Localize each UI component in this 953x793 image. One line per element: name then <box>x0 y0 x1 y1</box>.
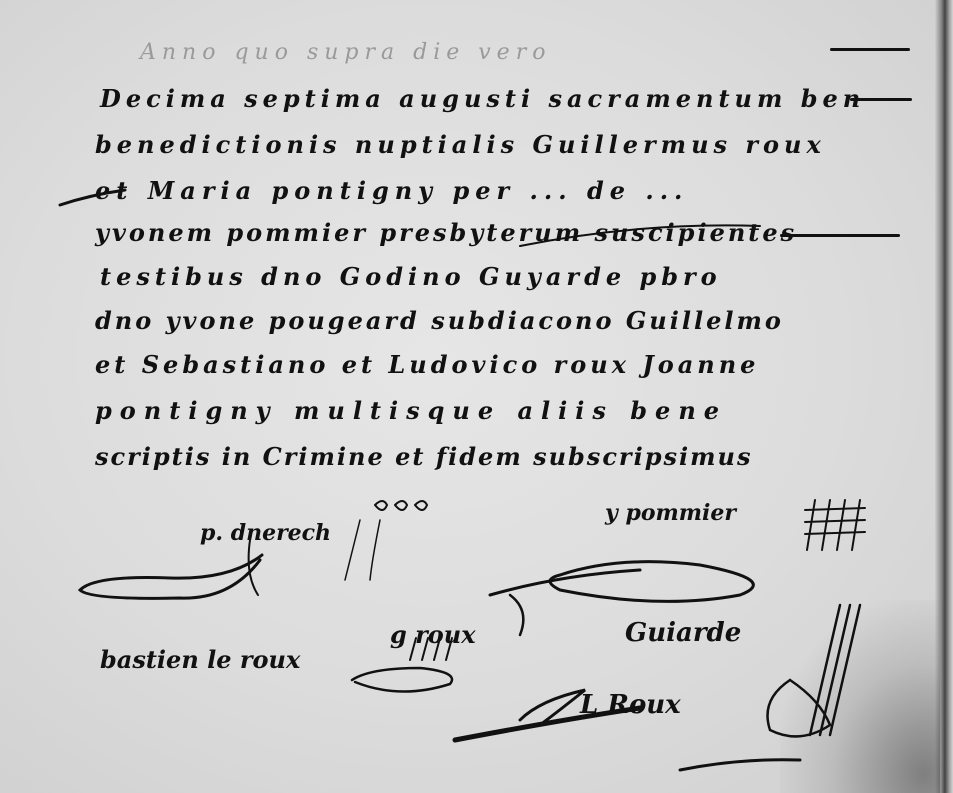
body-line-1: Decima septima augusti sacramentum ben <box>100 84 865 113</box>
line-rule-4 <box>780 234 900 237</box>
body-line-7: et Sebastiano et Ludovico roux Joanne <box>95 350 759 379</box>
signature-6: L Roux <box>580 690 681 720</box>
paper-stain <box>780 600 940 793</box>
body-line-6: dno yvone pougeard subdiacono Guillelmo <box>95 306 784 335</box>
signature-4: Guiarde <box>625 618 741 648</box>
body-line-4: yvonem pommier presbyterum suscipientes <box>95 218 797 247</box>
body-line-2: benedictionis nuptialis Guillermus roux <box>95 130 826 159</box>
header-rule <box>830 48 910 51</box>
faint-header-line: Anno quo supra die vero <box>140 40 551 65</box>
body-line-8: pontigny multisque aliis bene <box>95 396 727 425</box>
signature-3: g roux <box>390 620 476 649</box>
signature-1: p. dnerech <box>200 520 331 546</box>
manuscript-page: Anno quo supra die vero Decima septima a… <box>0 0 953 793</box>
body-line-9: scriptis in Crimine et fidem subscripsim… <box>95 442 752 471</box>
body-line-5: testibus dno Godino Guyarde pbro <box>100 262 722 291</box>
body-line-3: et Maria pontigny per ... de ... <box>95 176 688 205</box>
signature-2: y pommier <box>605 500 736 526</box>
signature-5: bastien le roux <box>100 645 300 674</box>
line-rule-1 <box>850 98 912 101</box>
